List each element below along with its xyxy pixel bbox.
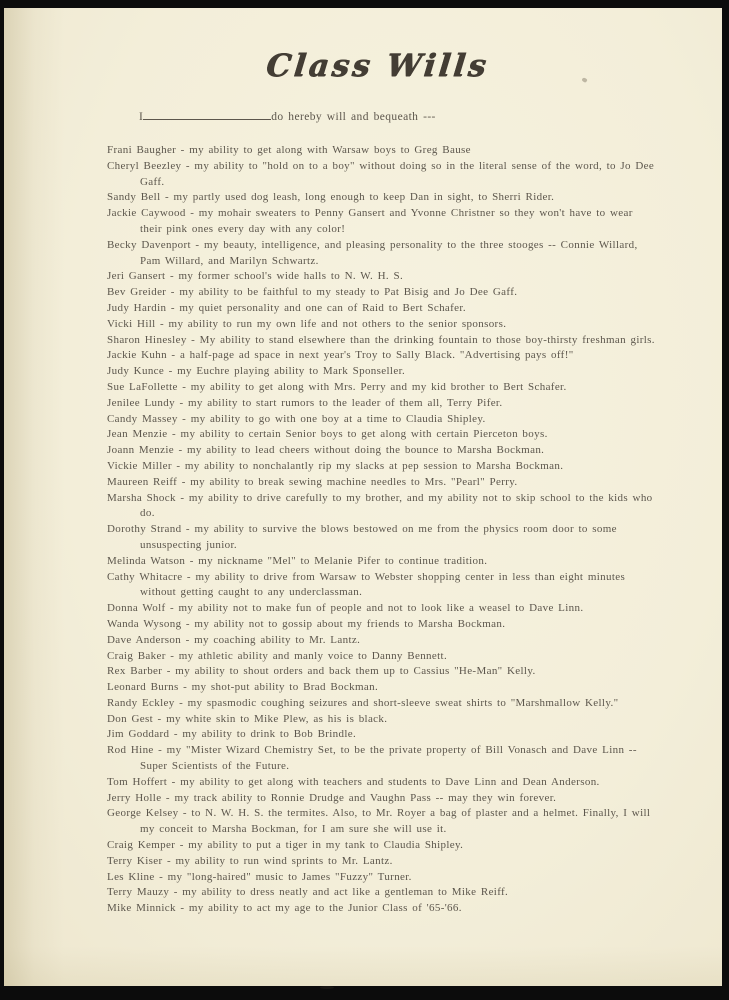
will-entry: Judy Kunce - my Euchre playing ability t…: [107, 364, 656, 380]
declaration-line: Ido hereby will and bequeath ---: [139, 108, 436, 123]
will-entry: Mike Minnick - my ability to act my age …: [107, 901, 656, 917]
will-entry: Jackie Caywood - my mohair sweaters to P…: [107, 206, 656, 238]
will-entry: Melinda Watson - my nickname "Mel" to Me…: [107, 554, 656, 570]
will-entry: Maureen Reiff - my ability to break sewi…: [107, 475, 656, 491]
wills-list: Frani Baugher - my ability to get along …: [107, 143, 656, 917]
will-entry: Donna Wolf - my ability not to make fun …: [107, 601, 656, 617]
will-entry: Jean Menzie - my ability to certain Seni…: [107, 427, 656, 443]
will-entry: Judy Hardin - my quiet personality and o…: [107, 301, 656, 317]
will-entry: Bev Greider - my ability to be faithful …: [107, 285, 656, 301]
will-entry: George Kelsey - to N. W. H. S. the termi…: [107, 806, 656, 838]
will-entry: Terry Mauzy - my ability to dress neatly…: [107, 885, 656, 901]
will-entry: Randy Eckley - my spasmodic coughing sei…: [107, 696, 656, 712]
page-title: Class Wills: [2, 48, 729, 84]
will-entry: Jenilee Lundy - my ability to start rumo…: [107, 396, 656, 412]
will-entry: Sue LaFollette - my ability to get along…: [107, 380, 656, 396]
declaration-clause: do hereby will and bequeath ---: [271, 111, 436, 123]
will-entry: Dave Anderson - my coaching ability to M…: [107, 633, 656, 649]
will-entry: Dorothy Strand - my ability to survive t…: [107, 522, 656, 554]
will-entry: Sharon Hinesley - My ability to stand el…: [107, 333, 656, 349]
will-entry: Leonard Burns - my shot-put ability to B…: [107, 680, 656, 696]
will-entry: Jerry Holle - my track ability to Ronnie…: [107, 791, 656, 807]
will-entry: Wanda Wysong - my ability not to gossip …: [107, 617, 656, 633]
will-entry: Craig Kemper - my ability to put a tiger…: [107, 838, 656, 854]
will-entry: Jeri Gansert - my former school's wide h…: [107, 269, 656, 285]
will-entry: Sandy Bell - my partly used dog leash, l…: [107, 190, 656, 206]
yearbook-page: Class Wills Ido hereby will and bequeath…: [4, 8, 722, 986]
will-entry: Becky Davenport - my beauty, intelligenc…: [107, 238, 656, 270]
will-entry: Vicki Hill - my ability to run my own li…: [107, 317, 656, 333]
will-entry: Vickie Miller - my ability to nonchalant…: [107, 459, 656, 475]
scan-frame: Class Wills Ido hereby will and bequeath…: [0, 0, 729, 1000]
will-entry: Cathy Whitacre - my ability to drive fro…: [107, 570, 656, 602]
will-entry: Frani Baugher - my ability to get along …: [107, 143, 656, 159]
will-entry: Cheryl Beezley - my ability to "hold on …: [107, 159, 656, 191]
will-entry: Candy Massey - my ability to go with one…: [107, 412, 656, 428]
will-entry: Jim Goddard - my ability to drink to Bob…: [107, 727, 656, 743]
will-entry: Terry Kiser - my ability to run wind spr…: [107, 854, 656, 870]
will-entry: Tom Hoffert - my ability to get along wi…: [107, 775, 656, 791]
will-entry: Joann Menzie - my ability to lead cheers…: [107, 443, 656, 459]
will-entry: Don Gest - my white skin to Mike Plew, a…: [107, 712, 656, 728]
will-entry: Marsha Shock - my ability to drive caref…: [107, 491, 656, 523]
will-entry: Jackie Kuhn - a half-page ad space in ne…: [107, 348, 656, 364]
paper-smudge: [320, 986, 334, 989]
will-entry: Rod Hine - my "Mister Wizard Chemistry S…: [107, 743, 656, 775]
will-entry: Rex Barber - my ability to shout orders …: [107, 664, 656, 680]
will-entry: Les Kline - my "long-haired" music to Ja…: [107, 870, 656, 886]
will-entry: Craig Baker - my athletic ability and ma…: [107, 649, 656, 665]
name-blank-line: [143, 108, 271, 120]
